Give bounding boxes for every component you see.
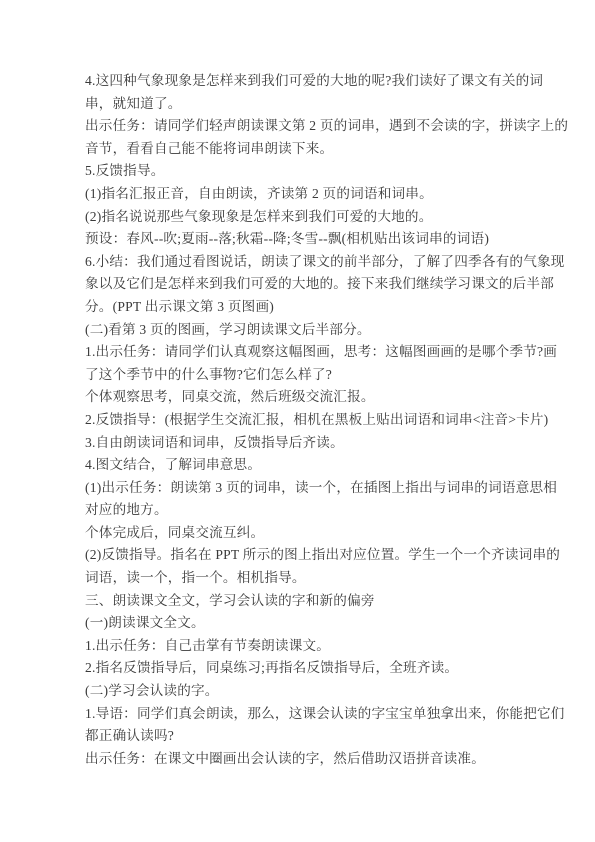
text-line: 词语，读一个，指一个。相机指导。 [85,567,521,590]
text-line: 预设：春风--吹;夏雨--落;秋霜--降;冬雪--飘(相机贴出该词串的词语) [85,228,521,251]
text-line: 4.图文结合，了解词串意思。 [85,454,521,477]
text-line: 1.出示任务：请同学们认真观察这幅图画，思考：这幅图画画的是哪个季节?画 [85,341,521,364]
text-line: 个体观察思考，同桌交流，然后班级交流汇报。 [85,386,521,409]
text-line: 5.反馈指导。 [85,160,521,183]
text-line: 音节，看看自己能不能将词串朗读下来。 [85,138,521,161]
text-line: 个体完成后，同桌交流互纠。 [85,522,521,545]
text-line: (1)出示任务：朗读第 3 页的词串，读一个，在插图上指出与词串的词语意思相 [85,477,521,500]
text-line: (二)看第 3 页的图画，学习朗读课文后半部分。 [85,319,521,342]
text-line: 都正确认读吗? [85,725,521,748]
text-line: 4.这四种气象现象是怎样来到我们可爱的大地的呢?我们读好了课文有关的词 [85,70,521,93]
text-line: 3.自由朗读词语和词串，反馈指导后齐读。 [85,432,521,455]
text-line: (2)指名说说那些气象现象是怎样来到我们可爱的大地的。 [85,206,521,229]
text-line: 出示任务：在课文中圈画出会认读的字，然后借助汉语拼音读准。 [85,748,521,771]
text-line: 对应的地方。 [85,499,521,522]
text-line: 6.小结：我们通过看图说话，朗读了课文的前半部分，了解了四季各有的气象现 [85,251,521,274]
text-line: 分。(PPT 出示课文第 3 页图画) [85,296,521,319]
text-line: 串，就知道了。 [85,93,521,116]
text-line: (一)朗读课文全文。 [85,612,521,635]
text-line: 1.导语：同学们真会朗读，那么，这课会认读的字宝宝单独拿出来，你能把它们 [85,703,521,726]
text-line: 2.指名反馈指导后，同桌练习;再指名反馈指导后，全班齐读。 [85,657,521,680]
text-line: 三、朗读课文全文，学习会认读的字和新的偏旁 [85,590,521,613]
document-page: 4.这四种气象现象是怎样来到我们可爱的大地的呢?我们读好了课文有关的词 串，就知… [0,0,595,842]
text-line: 了这个季节中的什么事物?它们怎么样了? [85,364,521,387]
document-body: 4.这四种气象现象是怎样来到我们可爱的大地的呢?我们读好了课文有关的词 串，就知… [85,70,521,770]
text-line: 2.反馈指导：(根据学生交流汇报，相机在黑板上贴出词语和词串<注音>卡片) [85,409,521,432]
text-line: 1.出示任务：自己击掌有节奏朗读课文。 [85,635,521,658]
text-line: (1)指名汇报正音，自由朗读，齐读第 2 页的词语和词串。 [85,183,521,206]
text-line: 出示任务：请同学们轻声朗读课文第 2 页的词串，遇到不会读的字，拼读字上的 [85,115,521,138]
text-line: (2)反馈指导。指名在 PPT 所示的图上指出对应位置。学生一个一个齐读词串的 [85,544,521,567]
text-line: 象以及它们是怎样来到我们可爱的大地的。接下来我们继续学习课文的后半部 [85,273,521,296]
text-line: (二)学习会认读的字。 [85,680,521,703]
